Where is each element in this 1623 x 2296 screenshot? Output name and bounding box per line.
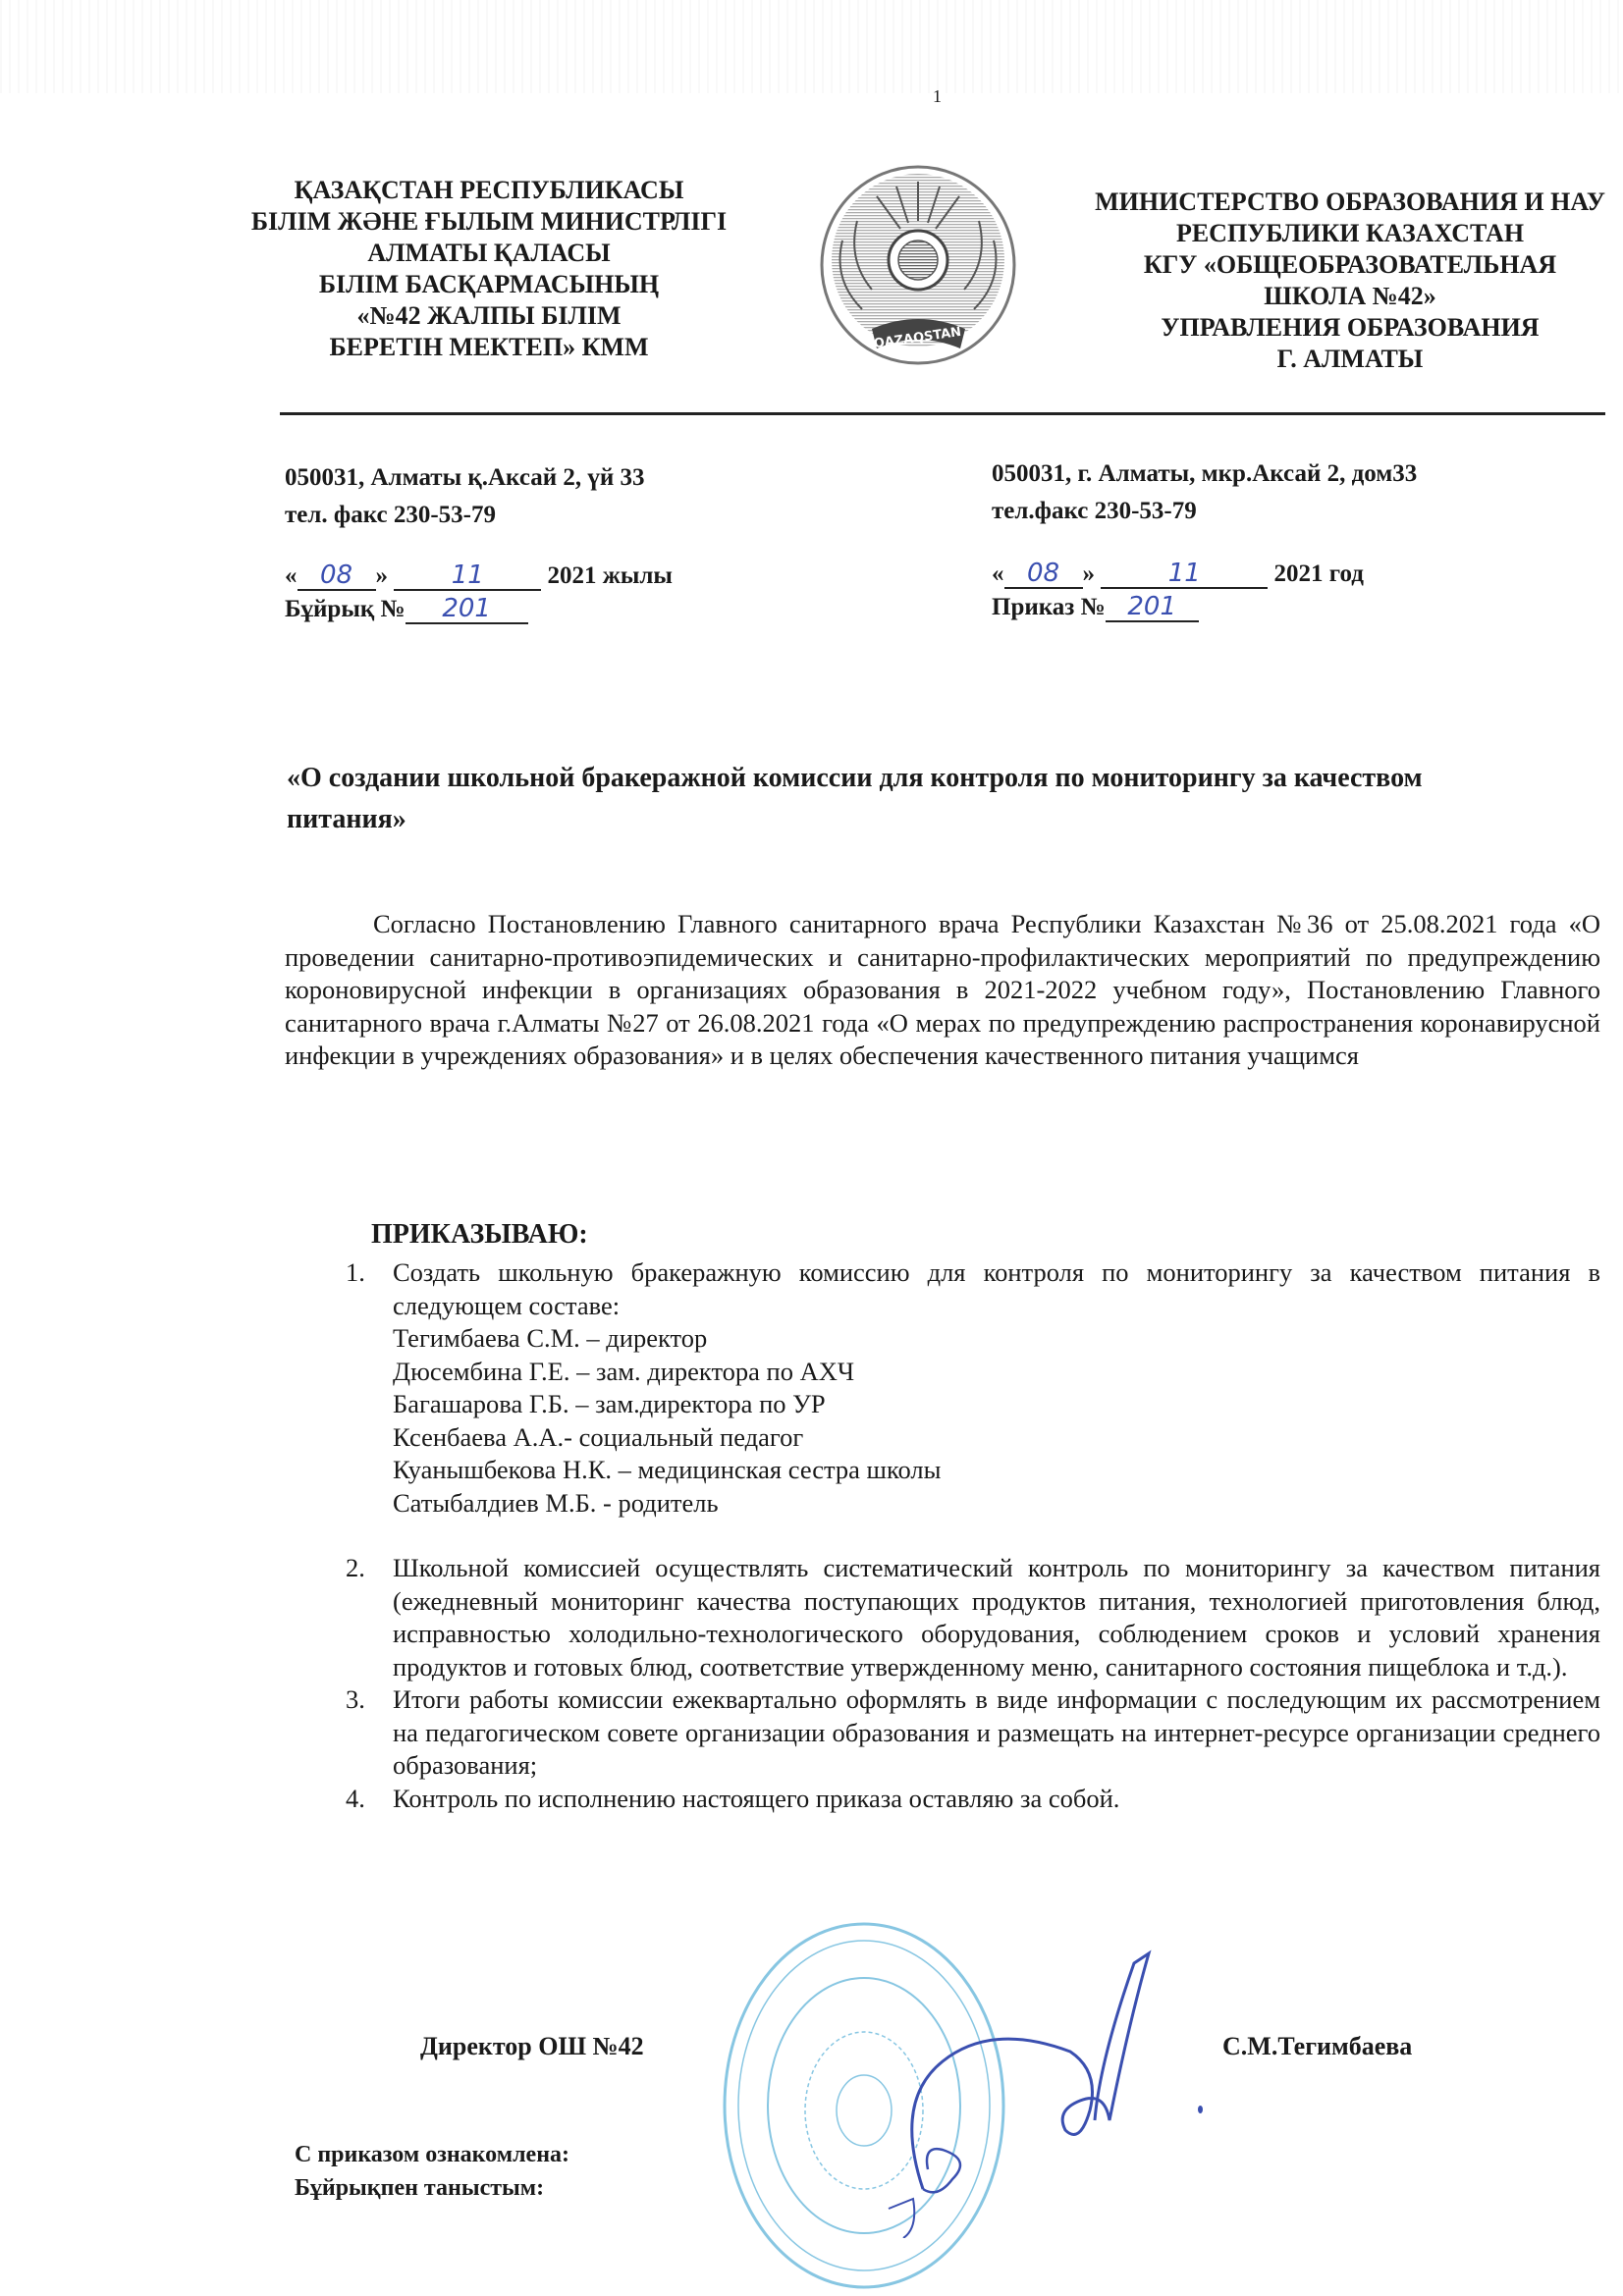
header-ru-line: КГУ «ОБЩЕОБРАЗОВАТЕЛЬНАЯ — [1036, 249, 1623, 281]
header-kz-line: «№42 ЖАЛПЫ БІЛІМ — [224, 300, 754, 332]
handwritten-day: 08 — [1004, 560, 1083, 589]
quote-open: « — [992, 561, 1004, 587]
member: Куанышбекова Н.К. – медицинская сестра ш… — [393, 1454, 1600, 1487]
signatory-name: С.М.Тегимбаева — [1222, 2032, 1412, 2061]
header-ru-line: МИНИСТЕРСТВО ОБРАЗОВАНИЯ И НАУ — [1036, 187, 1623, 218]
address-russian: 050031, г. Алматы, мкр.Аксай 2, дом33 те… — [992, 455, 1417, 530]
item-number: 1. — [346, 1256, 365, 1290]
state-emblem-icon: QAZAQSTAN — [818, 162, 1019, 368]
page-number: 1 — [933, 86, 942, 107]
handwritten-month: 11 — [1101, 560, 1268, 589]
scan-artifact-strip — [0, 0, 1623, 93]
member: Сатыбалдиев М.Б. - родитель — [393, 1487, 1600, 1521]
header-kz-line: БІЛІМ БАСҚАРМАСЫНЫҢ — [224, 269, 754, 300]
handwritten-month: 11 — [394, 561, 541, 591]
header-kz-line: БІЛІМ ЖӘНЕ ҒЫЛЫМ МИНИСТРЛІГІ — [224, 206, 754, 238]
year-label: 2021 год — [1274, 561, 1364, 587]
order-item-3: 3. Итоги работы комиссии ежеквартально о… — [334, 1683, 1600, 1783]
acknowledgement-block: С приказом ознакомлена: Бұйрықпен таныст… — [295, 2138, 569, 2205]
commission-members: Тегимбаева С.М. – директор Дюсембина Г.Е… — [393, 1322, 1600, 1520]
order-items-list: 1. Создать школьную бракеражную комиссию… — [334, 1256, 1600, 1815]
member: Тегимбаева С.М. – директор — [393, 1322, 1600, 1356]
member: Багашарова Г.Б. – зам.директора по УР — [393, 1388, 1600, 1421]
quote-close: » — [1083, 561, 1096, 587]
member: Дюсембина Г.Е. – зам. директора по АХЧ — [393, 1356, 1600, 1389]
item-text: Контроль по исполнению настоящего приказ… — [393, 1783, 1600, 1816]
header-divider — [280, 412, 1605, 415]
acknowledgement-kz: Бұйрықпен таныстым: — [295, 2171, 569, 2205]
header-kz-line: ҚАЗАҚСТАН РЕСПУБЛИКАСЫ — [224, 175, 754, 206]
quote-close: » — [376, 562, 389, 589]
acknowledgement-ru: С приказом ознакомлена: — [295, 2138, 569, 2171]
handwritten-order-number: 201 — [406, 595, 528, 624]
address-kazakh: 050031, Алматы қ.Аксай 2, үй 33 тел. фак… — [285, 459, 645, 534]
handwritten-signature-icon — [835, 1944, 1168, 2238]
phone-fax-line: тел. факс 230-53-79 — [285, 497, 645, 534]
document-title: «О создании школьной бракеражной комисси… — [287, 758, 1543, 840]
item-text: Создать школьную бракеражную комиссию дл… — [393, 1256, 1600, 1322]
header-kz-line: АЛМАТЫ ҚАЛАСЫ — [224, 238, 754, 269]
member: Ксенбаева А.А.- социальный педагог — [393, 1421, 1600, 1455]
item-number: 3. — [346, 1683, 365, 1717]
order-item-4: 4. Контроль по исполнению настоящего при… — [334, 1783, 1600, 1816]
item-number: 4. — [346, 1783, 365, 1816]
date-order-russian: «08» 11 2021 год Приказ №201 — [992, 558, 1364, 624]
header-ru-line: УПРАВЛЕНИЯ ОБРАЗОВАНИЯ — [1036, 312, 1623, 344]
quote-open: « — [285, 562, 298, 589]
order-item-1: 1. Создать школьную бракеражную комиссию… — [334, 1256, 1600, 1520]
pen-dot — [1198, 2106, 1203, 2113]
header-russian: МИНИСТЕРСТВО ОБРАЗОВАНИЯ И НАУ РЕСПУБЛИК… — [1036, 187, 1623, 375]
order-label: Приказ № — [992, 594, 1106, 620]
header-kazakh: ҚАЗАҚСТАН РЕСПУБЛИКАСЫ БІЛІМ ЖӘНЕ ҒЫЛЫМ … — [224, 175, 754, 363]
signatory-position: Директор ОШ №42 — [420, 2032, 644, 2061]
header-ru-line: ШКОЛА №42» — [1036, 281, 1623, 312]
order-heading: ПРИКАЗЫВАЮ: — [371, 1219, 588, 1251]
item-text: Итоги работы комиссии ежеквартально офор… — [393, 1683, 1600, 1783]
address-line: 050031, Алматы қ.Аксай 2, үй 33 — [285, 459, 645, 497]
handwritten-order-number: 201 — [1106, 593, 1199, 622]
header-ru-line: РЕСПУБЛИКИ КАЗАХСТАН — [1036, 218, 1623, 249]
preamble-paragraph: Согласно Постановлению Главного санитарн… — [285, 908, 1600, 1073]
item-text: Школьной комиссией осуществлять системат… — [393, 1552, 1600, 1683]
order-label: Бұйрық № — [285, 596, 406, 622]
date-order-kazakh: «08» 11 2021 жылы Бұйрық №201 — [285, 560, 673, 626]
phone-fax-line: тел.факс 230-53-79 — [992, 493, 1417, 530]
item-number: 2. — [346, 1552, 365, 1585]
year-label: 2021 жылы — [548, 562, 673, 589]
order-item-2: 2. Школьной комиссией осуществлять систе… — [334, 1552, 1600, 1683]
address-line: 050031, г. Алматы, мкр.Аксай 2, дом33 — [992, 455, 1417, 493]
handwritten-day: 08 — [298, 561, 376, 591]
header-ru-line: Г. АЛМАТЫ — [1036, 344, 1623, 375]
header-kz-line: БЕРЕТІН МЕКТЕП» КММ — [224, 332, 754, 363]
